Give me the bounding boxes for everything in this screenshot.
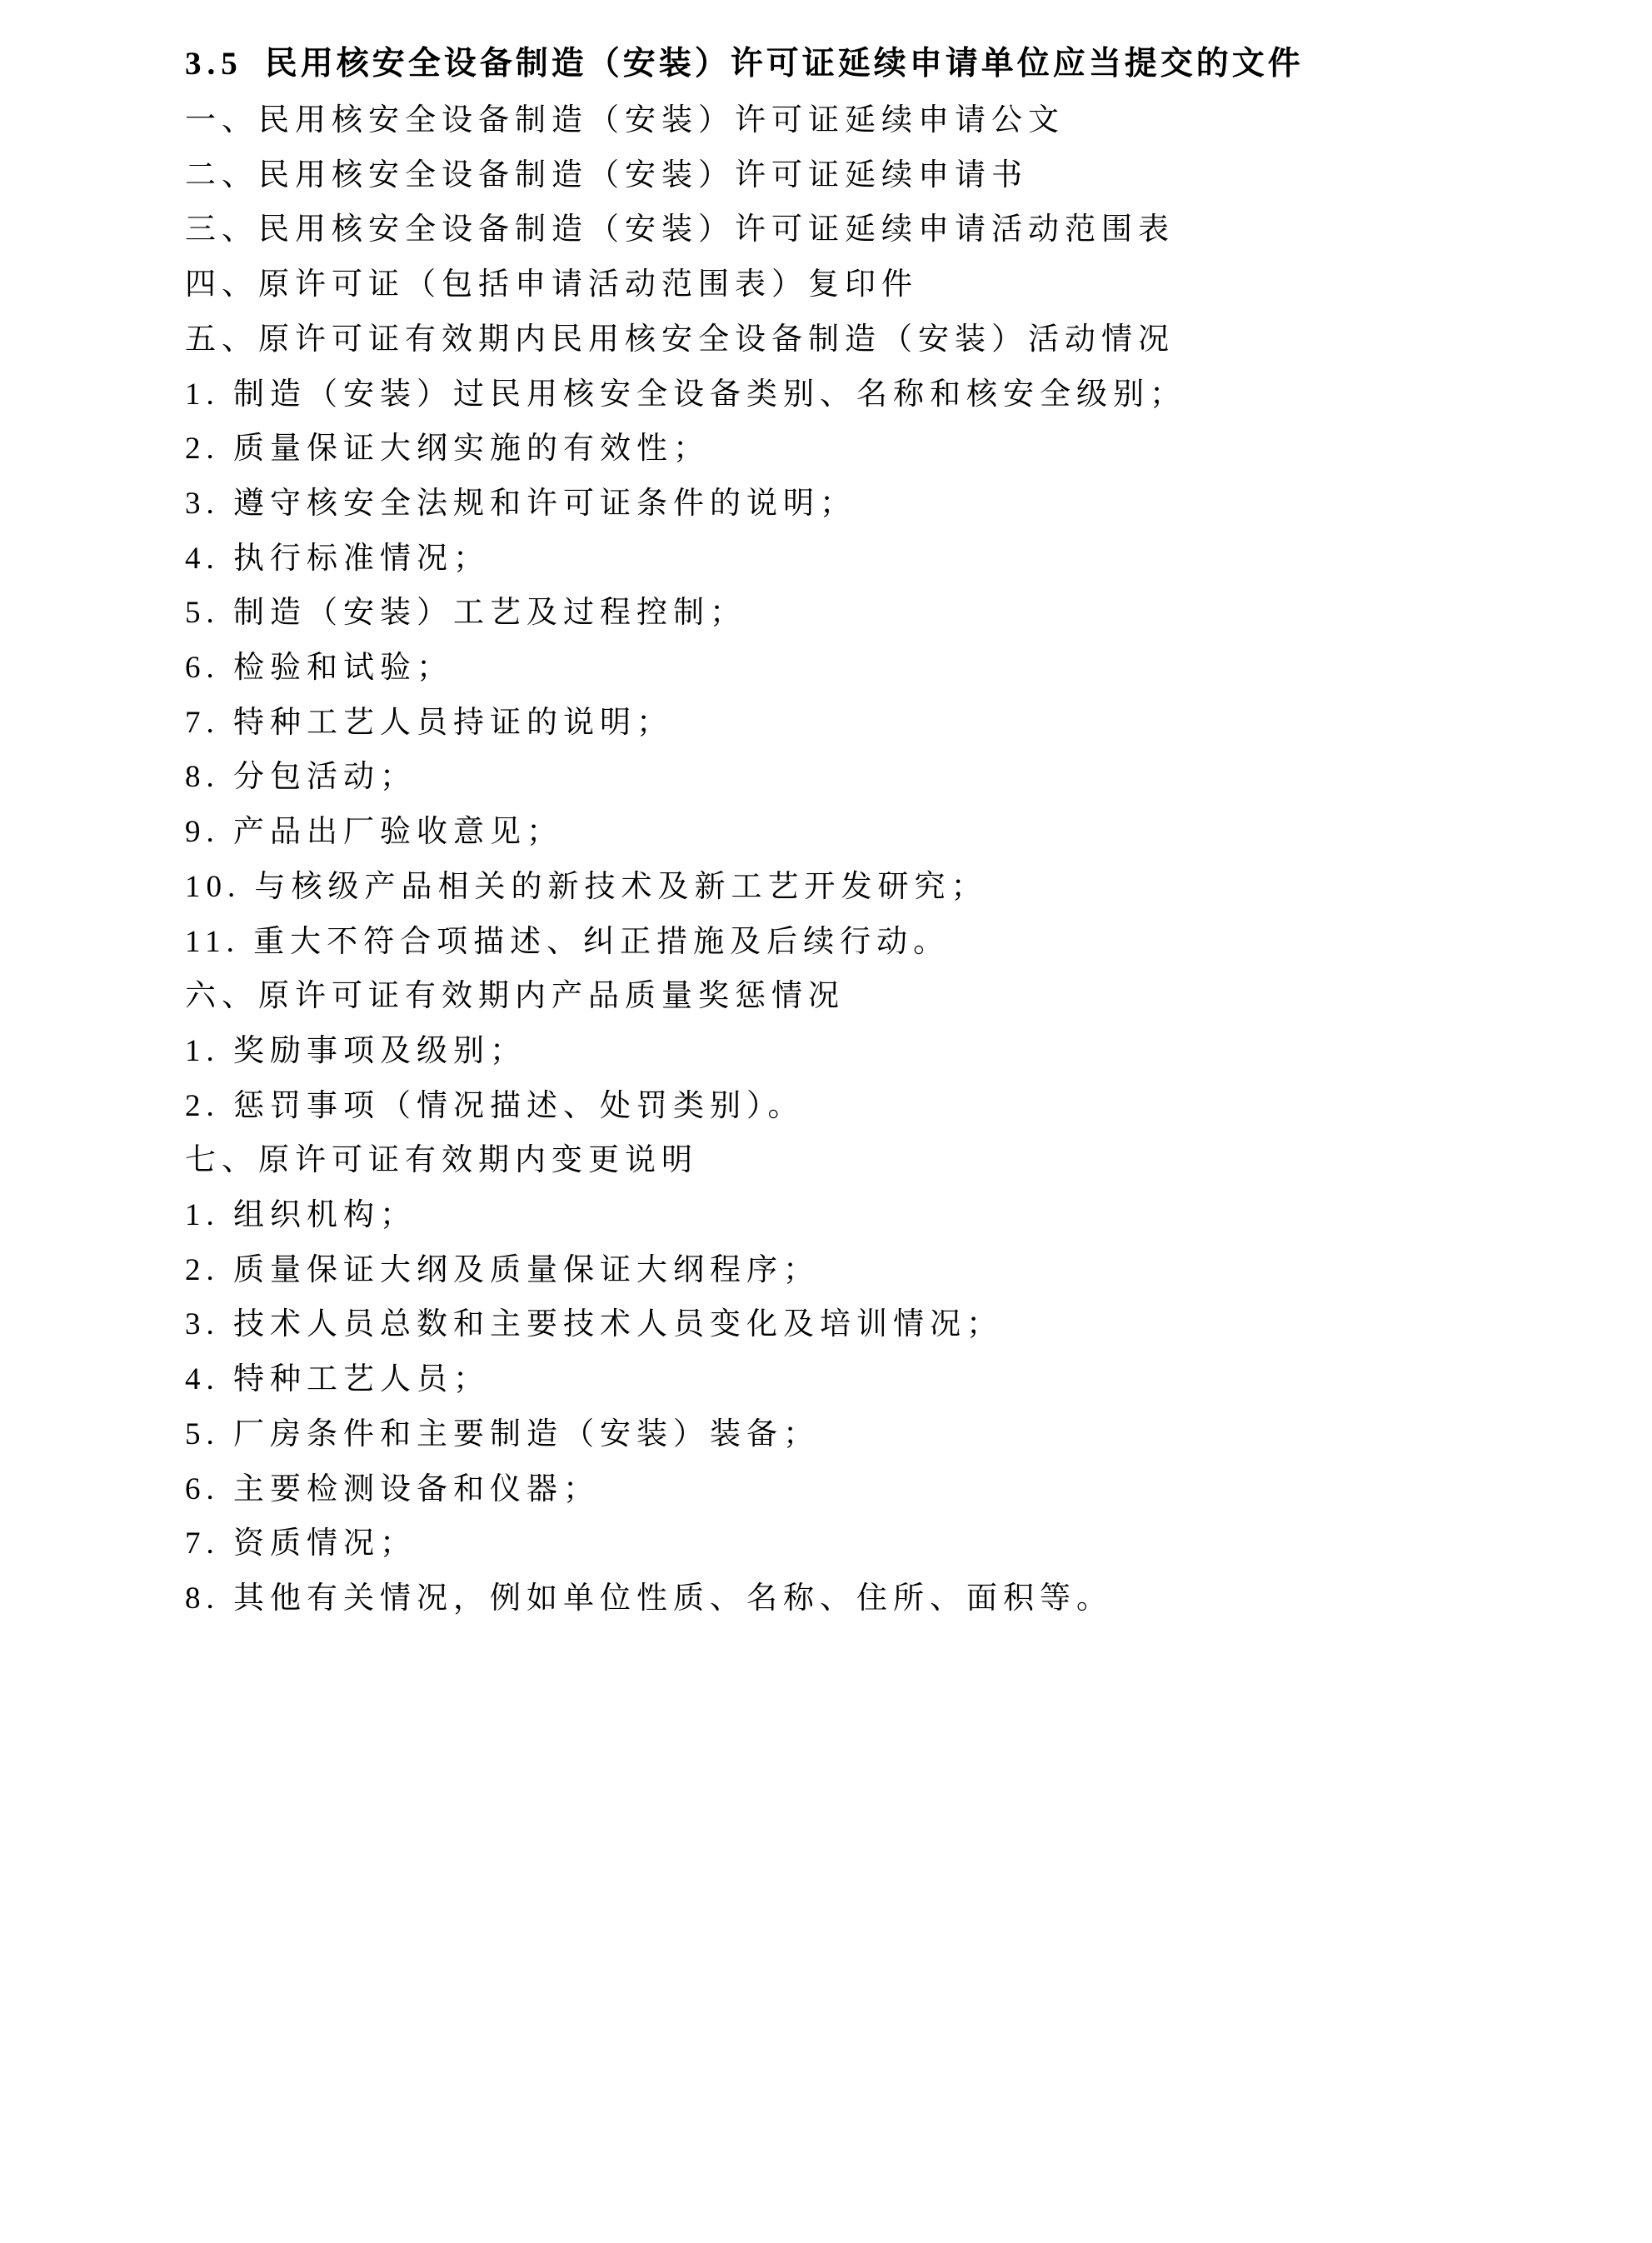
doc-line-sub-3: 3. 遵守核安全法规和许可证条件的说明； (185, 477, 1502, 532)
doc-line-item-5: 五、原许可证有效期内民用核安全设备制造（安装）活动情况 (185, 312, 1502, 367)
doc-line-item-2: 二、民用核安全设备制造（安装）许可证延续申请书 (185, 148, 1502, 203)
doc-line-sub7-6: 6. 主要检测设备和仪器； (185, 1462, 1502, 1517)
document-page: 3.5民用核安全设备制造（安装）许可证延续申请单位应当提交的文件 一、民用核安全… (0, 0, 1652, 2243)
doc-line-sub7-7: 7. 资质情况； (185, 1516, 1502, 1571)
doc-line-sub-8: 8. 分包活动； (185, 750, 1502, 805)
doc-line-sub7-2: 2. 质量保证大纲及质量保证大纲程序； (185, 1243, 1502, 1298)
section-number: 3.5 (185, 46, 243, 82)
section-title-text: 民用核安全设备制造（安装）许可证延续申请单位应当提交的文件 (265, 46, 1304, 82)
doc-line-sub-11: 11. 重大不符合项描述、纠正措施及后续行动。 (185, 915, 1502, 970)
doc-line-item-7: 七、原许可证有效期内变更说明 (185, 1133, 1502, 1188)
doc-line-sub-9: 9. 产品出厂验收意见； (185, 805, 1502, 860)
section-heading: 3.5民用核安全设备制造（安装）许可证延续申请单位应当提交的文件 (185, 35, 1502, 93)
doc-line-sub7-3: 3. 技术人员总数和主要技术人员变化及培训情况； (185, 1297, 1502, 1352)
doc-line-sub-1: 1. 制造（安装）过民用核安全设备类别、名称和核安全级别； (185, 367, 1502, 422)
doc-line-sub7-1: 1. 组织机构； (185, 1188, 1502, 1243)
doc-line-sub-7: 7. 特种工艺人员持证的说明； (185, 696, 1502, 751)
doc-line-sub-2: 2. 质量保证大纲实施的有效性； (185, 422, 1502, 477)
doc-line-item-4: 四、原许可证（包括申请活动范围表）复印件 (185, 257, 1502, 312)
doc-line-sub7-5: 5. 厂房条件和主要制造（安装）装备； (185, 1407, 1502, 1462)
doc-line-sub6-2: 2. 惩罚事项（情况描述、处罚类别）。 (185, 1079, 1502, 1134)
doc-line-sub-5: 5. 制造（安装）工艺及过程控制； (185, 586, 1502, 641)
doc-line-sub6-1: 1. 奖励事项及级别； (185, 1024, 1502, 1079)
doc-line-sub7-8: 8. 其他有关情况，例如单位性质、名称、住所、面积等。 (185, 1571, 1502, 1626)
doc-line-item-3: 三、民用核安全设备制造（安装）许可证延续申请活动范围表 (185, 202, 1502, 257)
doc-line-sub-4: 4. 执行标准情况； (185, 532, 1502, 587)
doc-line-sub7-4: 4. 特种工艺人员； (185, 1352, 1502, 1407)
doc-line-item-1: 一、民用核安全设备制造（安装）许可证延续申请公文 (185, 93, 1502, 148)
doc-line-sub-6: 6. 检验和试验； (185, 641, 1502, 696)
doc-line-item-6: 六、原许可证有效期内产品质量奖惩情况 (185, 969, 1502, 1024)
doc-line-sub-10: 10. 与核级产品相关的新技术及新工艺开发研究； (185, 860, 1502, 915)
